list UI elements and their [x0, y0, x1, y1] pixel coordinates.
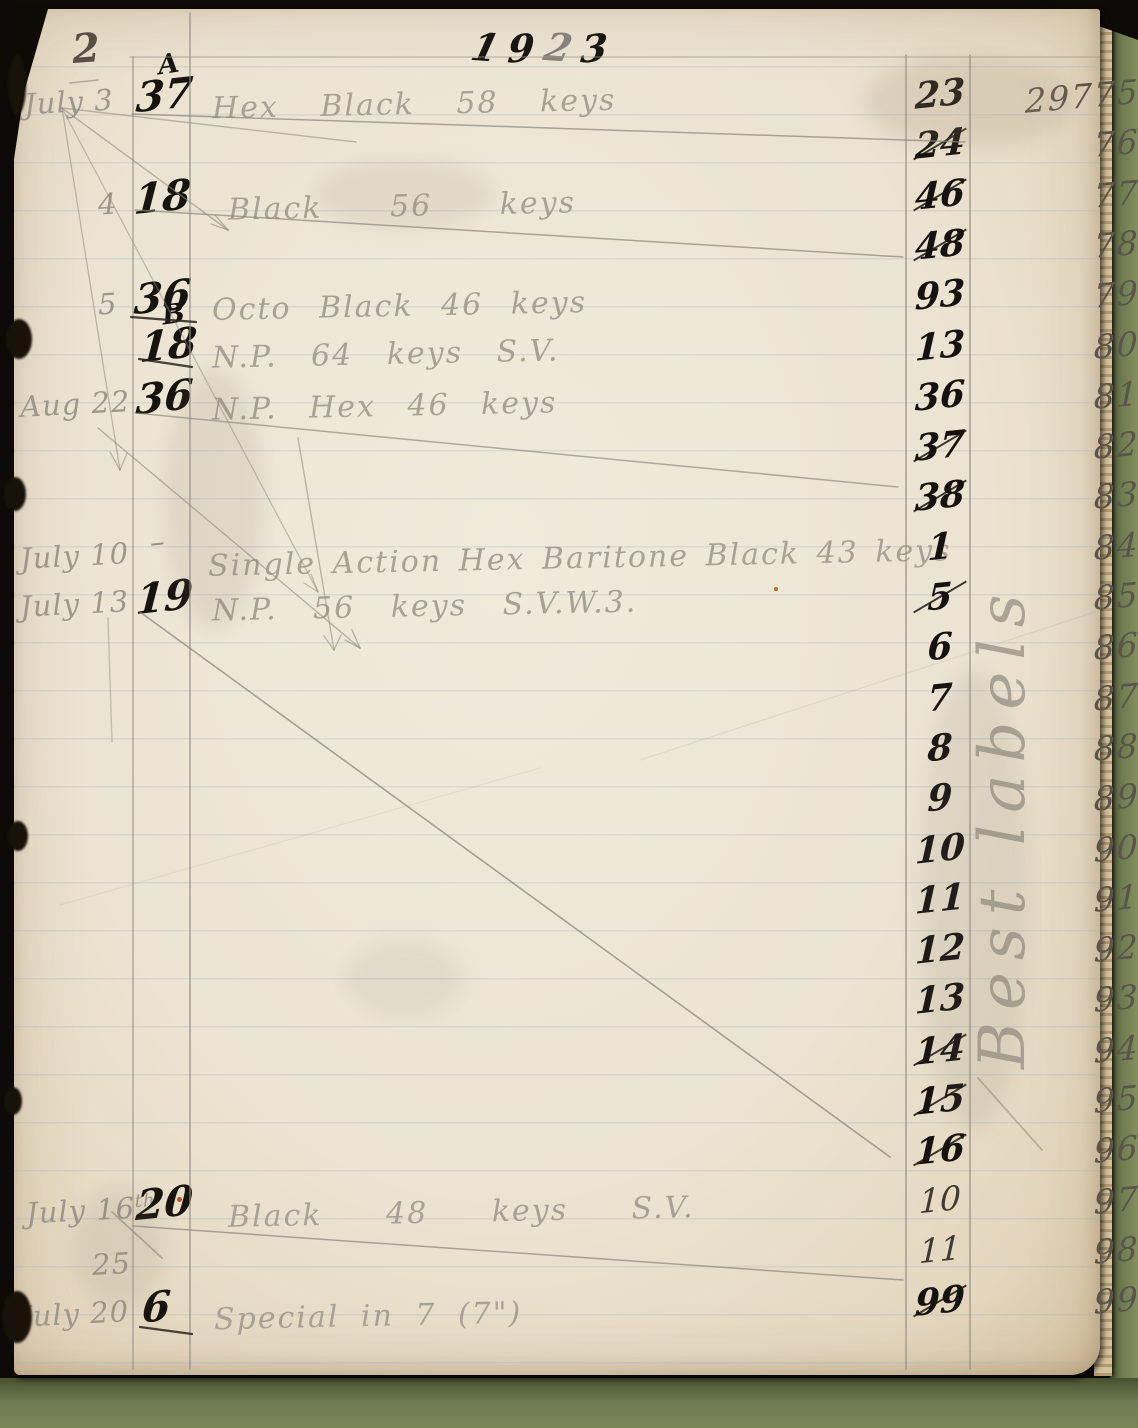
register-batch-number: 11	[902, 1226, 979, 1273]
register-batch-number: 10	[901, 823, 978, 873]
register-batch-number: 37	[901, 421, 978, 471]
entry-description: N.P. 64 keys S.V.	[212, 333, 560, 375]
year-heading: 1923	[468, 25, 622, 70]
entry-quantity: 20	[134, 1176, 194, 1231]
page-number: 2	[70, 24, 101, 73]
entry-date: July 20	[19, 1294, 130, 1334]
entry-date: July 3	[23, 83, 114, 122]
pencil-line	[211, 224, 228, 230]
ledger-page: 2 1923 Best labels July 3A37Hex Black 58…	[14, 9, 1100, 1375]
register-batch-number: 1	[901, 522, 978, 572]
strikethrough-mark	[913, 229, 966, 262]
register-batch-number: 5	[901, 572, 978, 622]
ink-stain	[177, 1197, 182, 1202]
pencil-line	[140, 612, 890, 1157]
pencil-line	[110, 452, 120, 470]
entry-description: Octo Black 46 keys	[212, 285, 588, 328]
binding-hole	[4, 477, 26, 511]
binding-hole	[8, 55, 26, 115]
pencil-line	[60, 768, 540, 905]
register-batch-number: 23	[901, 69, 978, 119]
register-batch-number: 10	[902, 1175, 979, 1222]
strikethrough-mark	[913, 1033, 966, 1066]
entry-date: 25	[91, 1246, 132, 1282]
entry-quantity: –	[149, 524, 166, 561]
year-digit: 3	[580, 23, 620, 72]
strikethrough-mark	[913, 128, 966, 161]
register-batch-number: 24	[901, 119, 978, 169]
pencil-line	[120, 453, 127, 470]
pencil-line	[334, 635, 341, 650]
entry-description: N.P. 56 keys S.V.W.3.	[212, 585, 638, 629]
register-batch-number: 9	[901, 773, 978, 823]
ink-stain	[774, 587, 778, 591]
entry-description: Special in 7 (7")	[214, 1296, 523, 1337]
strikethrough-mark	[913, 1134, 966, 1167]
entry-quantity: 36	[134, 370, 194, 425]
binding-hole	[8, 821, 28, 851]
pencil-line	[324, 636, 334, 650]
strikethrough-mark	[913, 178, 966, 211]
binding-hole	[6, 319, 32, 359]
pencil-line	[352, 630, 360, 648]
entry-description: Single Action Hex Baritone Black 43 keys	[208, 533, 952, 584]
entry-quantity: 19	[134, 570, 194, 625]
register-batch-number: 99	[901, 1276, 978, 1326]
entry-quantity: 6	[140, 1281, 172, 1333]
register-batch-number: 8	[901, 723, 978, 773]
register-batch-number: 12	[901, 924, 978, 974]
scanned-ledger-photo: 2 1923 Best labels July 3A37Hex Black 58…	[0, 0, 1138, 1428]
strikethrough-mark	[913, 1084, 966, 1117]
entry-date: July 10	[19, 536, 130, 576]
register-batch-number: 46	[901, 169, 978, 219]
register-batch-number: 38	[901, 471, 978, 521]
entry-quantity: 18	[132, 170, 192, 225]
binding-hole	[4, 1087, 22, 1115]
register-batch-number: 14	[901, 1025, 978, 1075]
paper-smudge	[344, 939, 464, 1019]
entry-quantity: 37	[134, 68, 194, 123]
entry-description: Hex Black 58 keys	[212, 83, 617, 126]
pencil-line	[108, 618, 112, 742]
binding-hole	[2, 1291, 32, 1343]
register-batch-number: 6	[901, 622, 978, 672]
entry-date: Aug 22	[19, 384, 131, 424]
register-batch-number: 48	[901, 220, 978, 270]
strikethrough-mark	[913, 581, 966, 614]
pencil-line	[215, 215, 228, 230]
register-batch-number: 11	[901, 874, 978, 924]
entry-quantity: 18	[138, 318, 198, 373]
entry-date: 5	[97, 287, 118, 322]
entry-date: July 13	[19, 584, 130, 624]
register-batch-number: 93	[901, 270, 978, 320]
pencil-line	[345, 640, 360, 648]
register-batch-number: 13	[901, 320, 978, 370]
register-batch-number: 7	[901, 672, 978, 722]
register-batch-number: 16	[901, 1125, 978, 1175]
entry-description: Black 48 keys S.V.	[228, 1190, 695, 1235]
entry-date: 4	[97, 187, 118, 222]
entry-description: N.P. Hex 46 keys	[212, 385, 558, 427]
strikethrough-mark	[913, 1285, 966, 1318]
register-batch-number: 15	[901, 1075, 978, 1125]
strikethrough-mark	[913, 430, 966, 463]
background-mat-bottom	[0, 1378, 1138, 1428]
register-batch-number: 13	[901, 974, 978, 1024]
entry-description: Black 56 keys	[228, 185, 577, 227]
strikethrough-mark	[913, 480, 966, 513]
pencil-line	[70, 80, 98, 83]
register-batch-number: 36	[901, 371, 978, 421]
